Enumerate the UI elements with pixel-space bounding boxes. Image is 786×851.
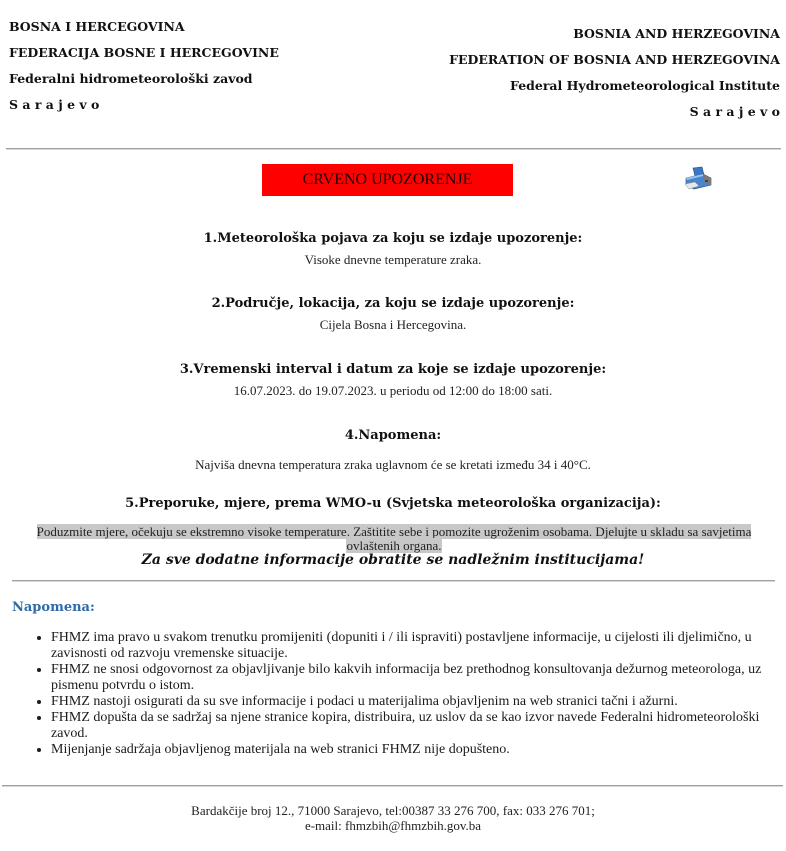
header-right: BOSNIA AND HERZEGOVINA FEDERATION OF BOS…	[449, 21, 780, 125]
section-note: 4.Napomena: Najviša dnevna temperatura z…	[0, 425, 786, 475]
institute-name-en: Federal Hydrometeorological Institute	[449, 73, 780, 99]
section-title: 2.Područje, lokacija, za koju se izdaje …	[0, 293, 786, 315]
recommendations-text: Poduzmite mjere, očekuju se ekstremno vi…	[30, 525, 758, 553]
federation-name-bs: FEDERACIJA BOSNE I HERCEGOVINE	[9, 40, 279, 66]
list-item: FHMZ nastoji osigurati da su sve informa…	[51, 694, 786, 710]
section-title: 4.Napomena:	[0, 425, 786, 447]
notes-heading: Napomena:	[12, 600, 95, 615]
footer: Bardakčije broj 12., 71000 Sarajevo, tel…	[0, 803, 786, 833]
notes-divider	[12, 580, 775, 582]
printer-icon	[683, 166, 713, 192]
footer-email[interactable]: e-mail: fhmzbih@fhmzbih.gov.ba	[0, 818, 786, 833]
print-button[interactable]	[683, 166, 713, 192]
section-title: 5.Preporuke, mjere, prema WMO-u (Svjetsk…	[0, 493, 786, 515]
section-body: Cijela Bosna i Hercegovina.	[0, 315, 786, 335]
footer-address: Bardakčije broj 12., 71000 Sarajevo, tel…	[0, 803, 786, 818]
section-area: 2.Područje, lokacija, za koju se izdaje …	[0, 293, 786, 335]
notes-list: FHMZ ima pravo u svakom trenutku promije…	[20, 630, 786, 758]
header-divider	[6, 148, 781, 150]
country-name-bs: BOSNA I HERCEGOVINA	[9, 14, 279, 40]
footer-divider	[2, 785, 783, 787]
section-body: 16.07.2023. do 19.07.2023. u periodu od …	[0, 381, 786, 401]
city-name-en: S a r a j e v o	[449, 99, 780, 125]
red-alert-banner: CRVENO UPOZORENJE	[262, 164, 513, 196]
section-title: 3.Vremenski interval i datum za koje se …	[0, 359, 786, 381]
list-item: Mijenjanje sadržaja objavljenog materija…	[51, 742, 786, 758]
list-item: FHMZ ima pravo u svakom trenutku promije…	[51, 630, 786, 662]
highlighted-recommendation: Poduzmite mjere, očekuju se ekstremno vi…	[37, 524, 752, 553]
section-interval: 3.Vremenski interval i datum za koje se …	[0, 359, 786, 401]
list-item: FHMZ dopušta da se sadržaj sa njene stra…	[51, 710, 786, 742]
section-phenomenon: 1.Meteorološka pojava za koju se izdaje …	[0, 228, 786, 270]
list-item: FHMZ ne snosi odgovornost za objavljivan…	[51, 662, 786, 694]
section-title: 1.Meteorološka pojava za koju se izdaje …	[0, 228, 786, 250]
country-name-en: BOSNIA AND HERZEGOVINA	[449, 21, 780, 47]
institute-name-bs: Federalni hidrometeorološki zavod	[9, 66, 279, 92]
header-left: BOSNA I HERCEGOVINA FEDERACIJA BOSNE I H…	[9, 14, 279, 118]
section-body: Visoke dnevne temperature zraka.	[0, 250, 786, 270]
contact-institutions-note: Za sve dodatne informacije obratite se n…	[0, 552, 786, 568]
section-recommendations: 5.Preporuke, mjere, prema WMO-u (Svjetsk…	[0, 493, 786, 515]
federation-name-en: FEDERATION OF BOSNIA AND HERZEGOVINA	[449, 47, 780, 73]
section-body: Najviša dnevna temperatura zraka uglavno…	[0, 455, 786, 475]
city-name-bs: S a r a j e v o	[9, 92, 279, 118]
